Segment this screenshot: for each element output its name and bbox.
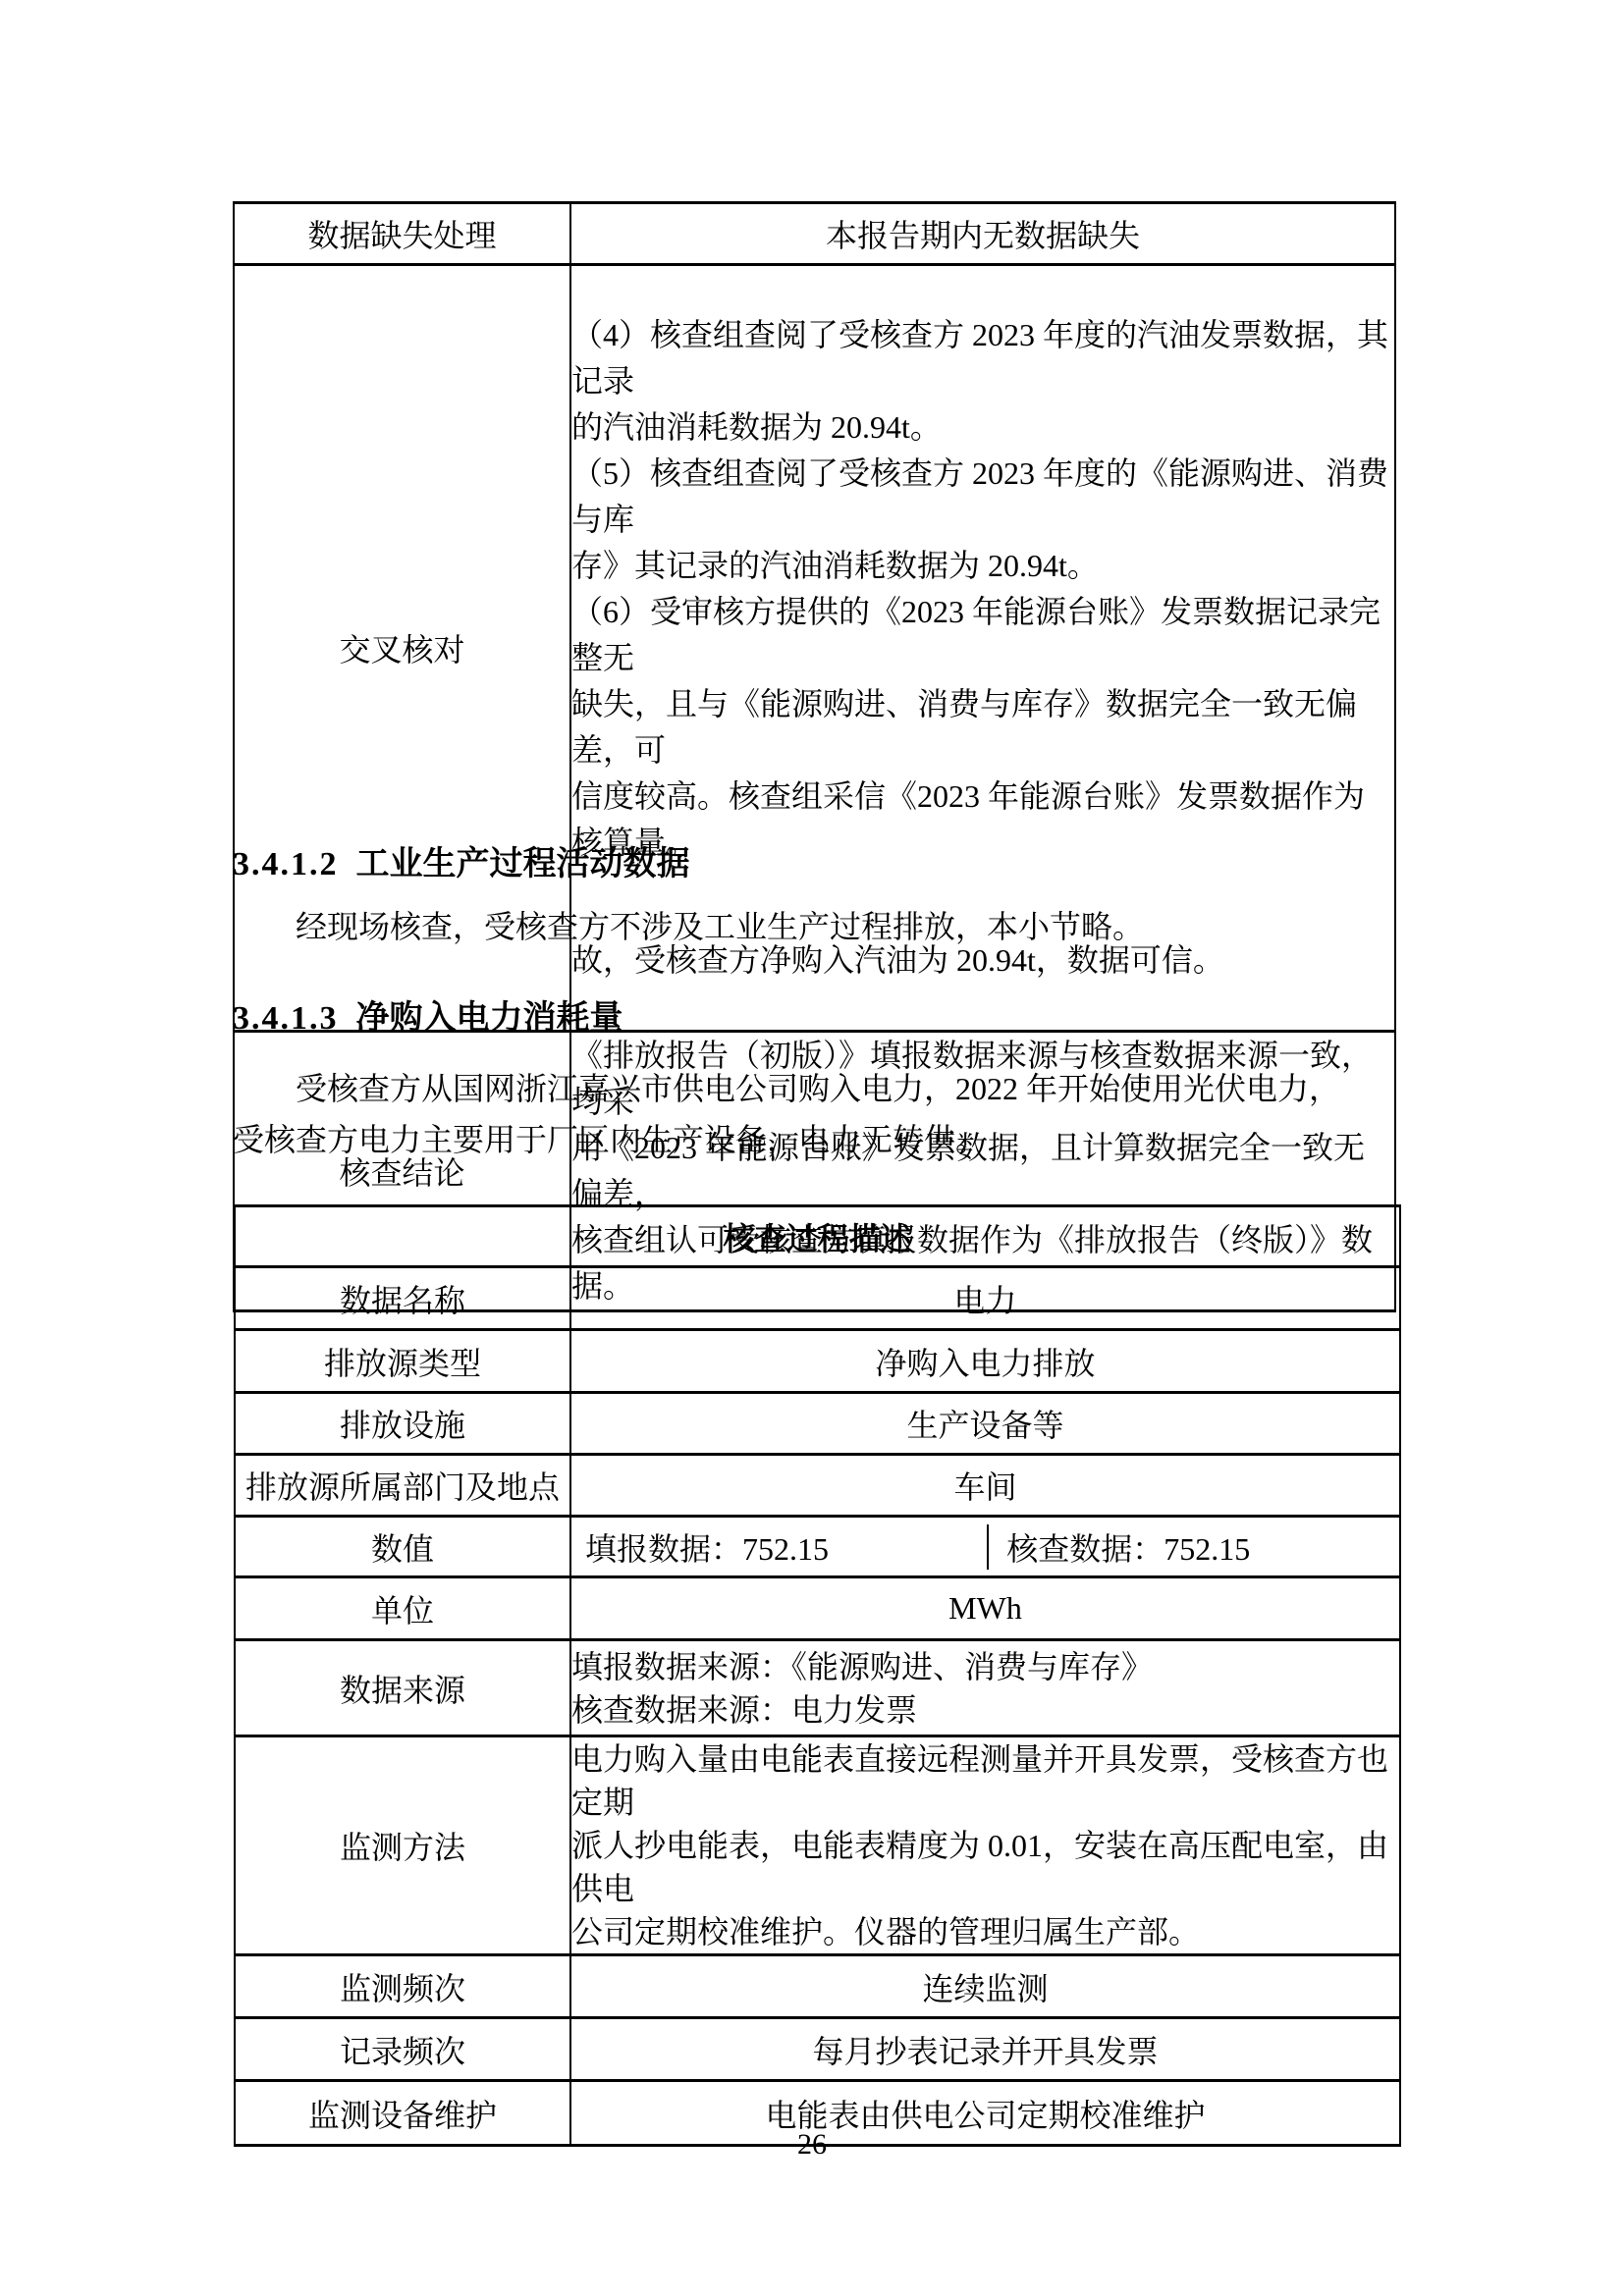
monitoring-method-value: 电力购入量由电能表直接远程测量并开具发票，受核查方也定期 派人抄电能表，电能表精…	[570, 1736, 1400, 1955]
department-location-value: 车间	[570, 1455, 1400, 1517]
row-label-data-name: 数据名称	[235, 1267, 570, 1330]
page-number: 26	[0, 2128, 1624, 2162]
row-label-data-source: 数据来源	[235, 1640, 570, 1736]
table-row: 排放源所属部门及地点 车间	[235, 1455, 1400, 1517]
recording-frequency-value: 每月抄表记录并开具发票	[570, 2018, 1400, 2081]
section-number: 3.4.1.3	[233, 1000, 339, 1037]
row-label-emission-source-type: 排放源类型	[235, 1330, 570, 1393]
table-row: 监测频次 连续监测	[235, 1955, 1400, 2018]
table-row: 排放设施 生产设备等	[235, 1393, 1400, 1455]
row-label-numeric-value: 数值	[235, 1517, 570, 1577]
unit-value: MWh	[570, 1577, 1400, 1640]
section-number: 3.4.1.2	[233, 846, 339, 882]
data-source-value: 填报数据来源：《能源购进、消费与库存》 核查数据来源：电力发票	[570, 1640, 1400, 1736]
section-paragraph-3412: 经现场核查，受核查方不涉及工业生产过程排放，本小节略。	[233, 901, 1397, 952]
data-gap-handling-value: 本报告期内无数据缺失	[570, 203, 1395, 265]
section-paragraph-3413: 受核查方从国网浙江嘉兴市供电公司购入电力，2022 年开始使用光伏电力， 受核查…	[233, 1063, 1397, 1165]
row-label-data-gap-handling: 数据缺失处理	[234, 203, 570, 265]
verification-process-table: 核查过程描述 数据名称 电力 排放源类型 净购入电力排放 排放设施 生产设备等 …	[234, 1204, 1401, 2147]
table-row: 数据缺失处理 本报告期内无数据缺失	[234, 203, 1395, 265]
emission-facility-value: 生产设备等	[570, 1393, 1400, 1455]
row-label-unit: 单位	[235, 1577, 570, 1640]
table-row: 记录频次 每月抄表记录并开具发票	[235, 2018, 1400, 2081]
section-title: 净购入电力消耗量	[356, 1000, 623, 1037]
row-label-emission-facility: 排放设施	[235, 1393, 570, 1455]
monitoring-frequency-value: 连续监测	[570, 1955, 1400, 2018]
section-heading-3413: 3.4.1.3净购入电力消耗量	[233, 997, 623, 1041]
data-name-value: 电力	[570, 1267, 1400, 1330]
section-heading-3412: 3.4.1.2工业生产过程活动数据	[233, 843, 690, 886]
table-row: 数据名称 电力	[235, 1267, 1400, 1330]
row-label-monitoring-frequency: 监测频次	[235, 1955, 570, 2018]
table-row: 数值 填报数据：752.15 核查数据：752.15	[235, 1517, 1400, 1577]
row-label-department-location: 排放源所属部门及地点	[235, 1455, 570, 1517]
report-page: 数据缺失处理 本报告期内无数据缺失 交叉核对 （4）核查组查阅了受核查方 202…	[0, 0, 1624, 2296]
table-row: 排放源类型 净购入电力排放	[235, 1330, 1400, 1393]
numeric-value-split: 填报数据：752.15 核查数据：752.15	[571, 1524, 1399, 1570]
row-label-monitoring-method: 监测方法	[235, 1736, 570, 1955]
emission-source-type-value: 净购入电力排放	[570, 1330, 1400, 1393]
table-row: 数据来源 填报数据来源：《能源购进、消费与库存》 核查数据来源：电力发票	[235, 1640, 1400, 1736]
numeric-value-cell: 填报数据：752.15 核查数据：752.15	[570, 1517, 1400, 1577]
cross-check-items: （4）核查组查阅了受核查方 2023 年度的汽油发票数据，其记录 的汽油消耗数据…	[571, 312, 1394, 866]
verified-data-value: 核查数据：752.15	[987, 1524, 1399, 1570]
row-label-recording-frequency: 记录频次	[235, 2018, 570, 2081]
table-row: 监测方法 电力购入量由电能表直接远程测量并开具发票，受核查方也定期 派人抄电能表…	[235, 1736, 1400, 1955]
table-header-row: 核查过程描述	[235, 1206, 1400, 1267]
section-title: 工业生产过程活动数据	[356, 846, 690, 882]
reported-data-value: 填报数据：752.15	[571, 1524, 987, 1570]
table-row: 单位 MWh	[235, 1577, 1400, 1640]
table-title: 核查过程描述	[235, 1206, 1400, 1267]
